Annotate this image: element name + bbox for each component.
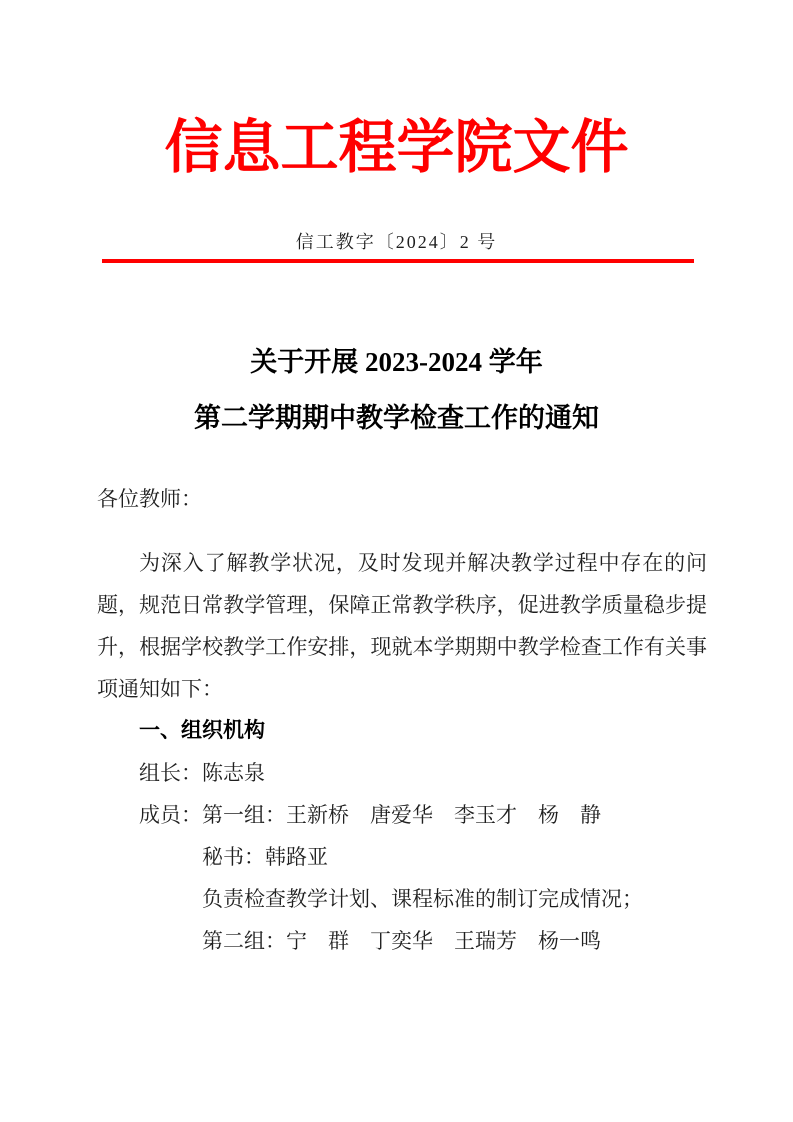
intro-paragraph: 为深入了解教学状况，及时发现并解决教学过程中存在的问题，规范日常教学管理，保障正… — [97, 542, 707, 710]
secretary-line: 秘书：韩路亚 — [97, 836, 707, 878]
group1-duty-line: 负责检查教学计划、课程标准的制订完成情况； — [97, 878, 707, 920]
salutation: 各位教师： — [97, 478, 707, 520]
document-number: 信工教字〔2024〕2 号 — [0, 228, 793, 256]
document-page: 信息工程学院文件 信工教字〔2024〕2 号 关于开展 2023-2024 学年… — [0, 0, 793, 1122]
notice-title-line-2: 第二学期期中教学检查工作的通知 — [0, 390, 793, 446]
group2-members-line: 第二组：宁 群 丁奕华 王瑞芳 杨一鸣 — [97, 920, 707, 962]
notice-title-line-1: 关于开展 2023-2024 学年 — [0, 334, 793, 390]
red-separator-rule — [102, 259, 694, 263]
masthead-title: 信息工程学院文件 — [0, 112, 793, 184]
notice-title: 关于开展 2023-2024 学年 第二学期期中教学检查工作的通知 — [0, 334, 793, 446]
members-group1-line: 成员：第一组：王新桥 唐爱华 李玉才 杨 静 — [97, 794, 707, 836]
notice-body: 各位教师： 为深入了解教学状况，及时发现并解决教学过程中存在的问题，规范日常教学… — [0, 478, 793, 962]
leader-line: 组长：陈志泉 — [97, 752, 707, 794]
section-heading-organization: 一、组织机构 — [97, 710, 707, 752]
